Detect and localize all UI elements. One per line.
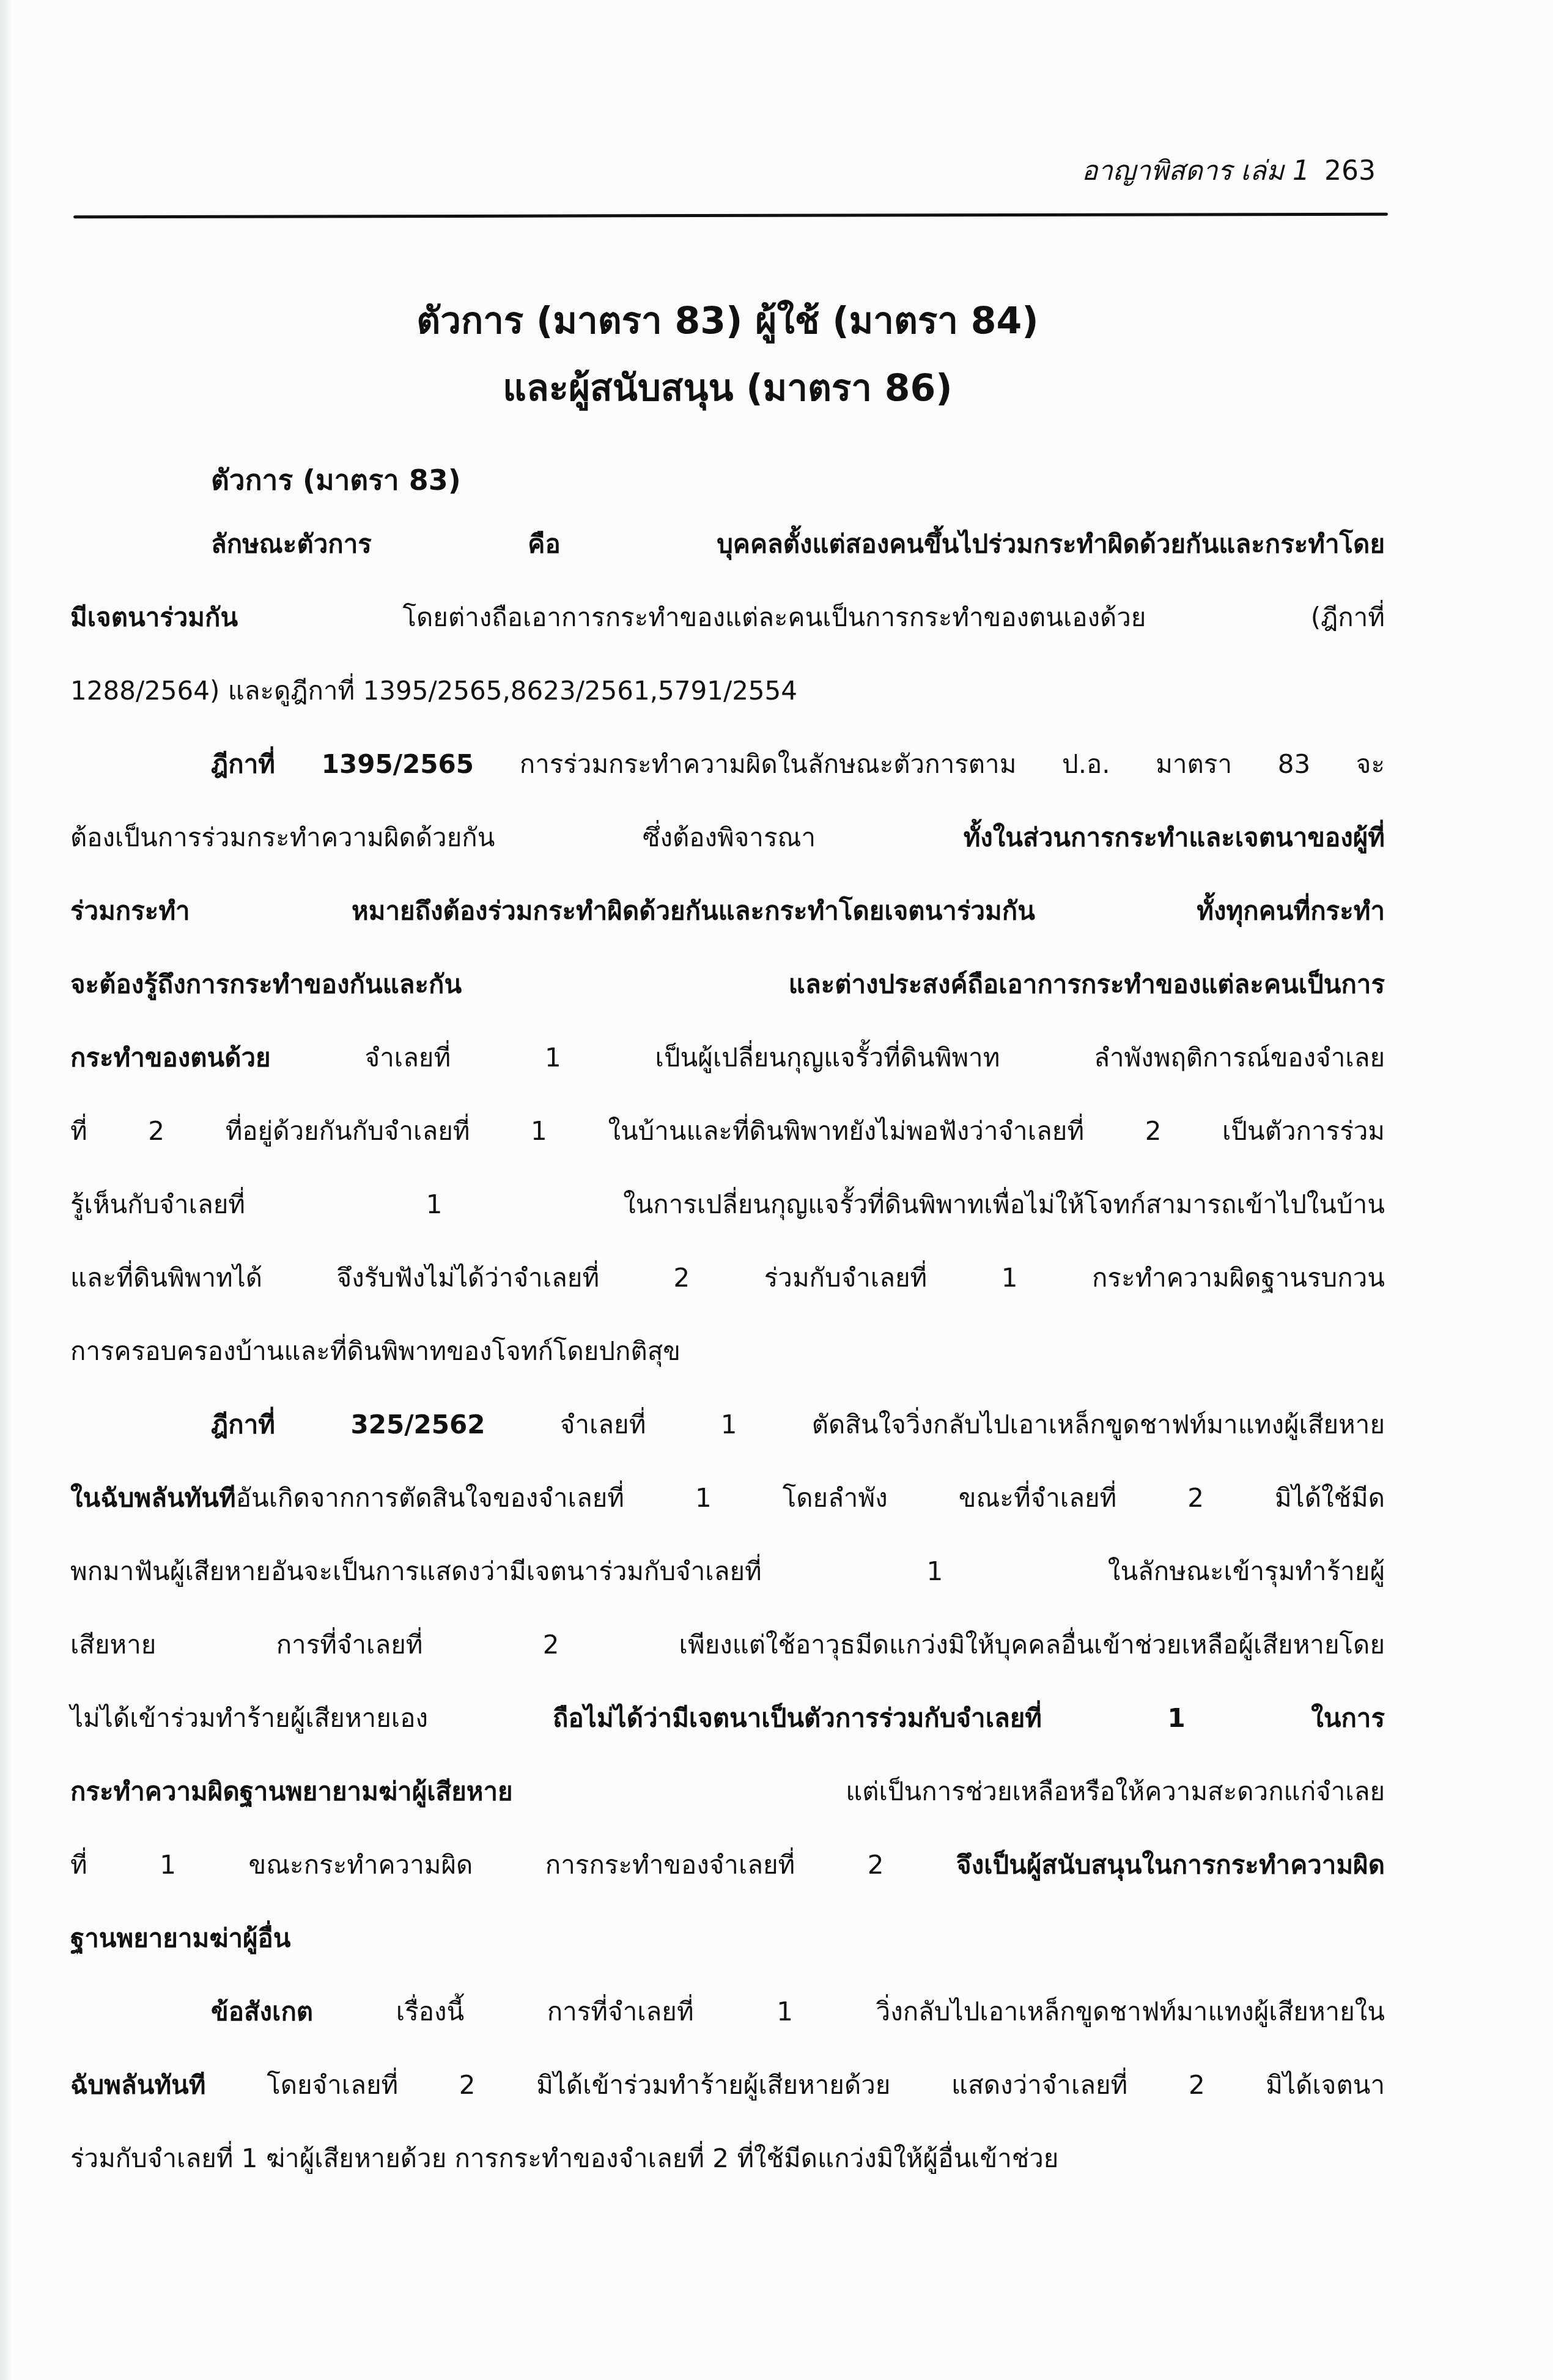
text-line: เสียหาย การที่จำเลยที่ 2 เพียงแต่ใช้อาวุ… (70, 1608, 1385, 1682)
text: เรื่องนี้ การที่จำเลยที่ 1 วิ่งกลับไปเอา… (313, 1997, 1385, 2027)
bold-text: คือ บุคคลตั้งแต่สองคนขึ้นไปร่วมกระทำผิดด… (372, 529, 1385, 559)
text-line: การครอบครองบ้านและที่ดินพิพาทของโจทก์โดย… (70, 1315, 1385, 1388)
paragraph-definition: ลักษณะตัวการ คือ บุคคลตั้งแต่สองคนขึ้นไป… (70, 508, 1385, 728)
text: 1288/2564) และดูฎีกาที่ 1395/2565,8623/2… (70, 676, 797, 706)
bold-text: ฎีกาที่ 325/2562 (211, 1410, 485, 1439)
text: ไม่ได้เข้าร่วมทำร้ายผู้เสียหายเอง (70, 1703, 553, 1733)
text-line: ที่ 1 ขณะกระทำความผิด การกระทำของจำเลยที… (70, 1828, 1385, 1902)
text-line: จะต้องรู้ถึงการกระทำของกันและกัน และต่าง… (70, 948, 1385, 1021)
text: โดยจำเลยที่ 2 มิได้เข้าร่วมทำร้ายผู้เสีย… (205, 2070, 1385, 2100)
text-line: ฎีกาที่ 325/2562 จำเลยที่ 1 ตัดสินใจวิ่ง… (70, 1388, 1385, 1462)
bold-text: กระทำของตนด้วย (70, 1043, 271, 1073)
text: พกมาฟันผู้เสียหายอันจะเป็นการแสดงว่ามีเจ… (70, 1556, 1385, 1586)
text-line: ที่ 2 ที่อยู่ด้วยกันกับจำเลยที่ 1 ในบ้าน… (70, 1095, 1385, 1168)
bold-text: ในฉับพลันทันที (70, 1483, 236, 1513)
page-body: ตัวการ (มาตรา 83) ผู้ใช้ (มาตรา 84) และผ… (70, 287, 1385, 2195)
text-line: ในฉับพลันทันทีอันเกิดจากการตัดสินใจของจำ… (70, 1462, 1385, 1535)
text-line: ต้องเป็นการร่วมกระทำความผิดด้วยกัน ซึ่งต… (70, 801, 1385, 874)
text-line: ไม่ได้เข้าร่วมทำร้ายผู้เสียหายเอง ถือไม่… (70, 1682, 1385, 1755)
text-line: และที่ดินพิพาทได้ จึงรับฟังไม่ได้ว่าจำเล… (70, 1241, 1385, 1315)
paragraph-case-1395-2565: ฎีกาที่ 1395/2565 การร่วมกระทำความผิดในล… (70, 728, 1385, 1388)
bold-text: จะต้องรู้ถึงการกระทำของกันและกัน และต่าง… (70, 969, 1385, 999)
text: โดยต่างถือเอาการกระทำของแต่ละคนเป็นการกร… (238, 602, 1385, 632)
bold-text: ข้อสังเกต (211, 1997, 313, 2027)
paragraph-case-325-2562: ฎีกาที่ 325/2562 จำเลยที่ 1 ตัดสินใจวิ่ง… (70, 1388, 1385, 1975)
text-line: มีเจตนาร่วมกัน โดยต่างถือเอาการกระทำของแ… (70, 581, 1385, 654)
bold-text: ฉับพลันทันที (70, 2070, 205, 2100)
text-line: ฎีกาที่ 1395/2565 การร่วมกระทำความผิดในล… (70, 728, 1385, 801)
bold-text: ถือไม่ได้ว่ามีเจตนาเป็นตัวการร่วมกับจำเล… (553, 1703, 1385, 1733)
header-rule (73, 213, 1388, 219)
text: ที่ 2 ที่อยู่ด้วยกันกับจำเลยที่ 1 ในบ้าน… (70, 1116, 1385, 1146)
text-line: ร่วมกระทำ หมายถึงต้องร่วมกระทำผิดด้วยกัน… (70, 874, 1385, 948)
text-line: พกมาฟันผู้เสียหายอันจะเป็นการแสดงว่ามีเจ… (70, 1535, 1385, 1608)
bold-text: ทั้งในส่วนการกระทำและเจตนาของผู้ที่ (964, 822, 1385, 852)
running-header: อาญาพิสดาร เล่ม 1263 (73, 153, 1376, 190)
bold-text: จึงเป็นผู้สนับสนุนในการกระทำความผิด (956, 1850, 1385, 1880)
bold-text: ฐานพยายามฆ่าผู้อื่น (70, 1923, 291, 1953)
bold-text: ลักษณะตัวการ (211, 529, 372, 559)
bold-text: กระทำความผิดฐานพยายามฆ่าผู้เสียหาย (70, 1776, 513, 1806)
text-line: กระทำของตนด้วย จำเลยที่ 1 เป็นผู้เปลี่ยน… (70, 1021, 1385, 1095)
text-line: ร่วมกับจำเลยที่ 1 ฆ่าผู้เสียหายด้วย การก… (70, 2122, 1385, 2195)
text: ต้องเป็นการร่วมกระทำความผิดด้วยกัน ซึ่งต… (70, 822, 964, 852)
text-line: ฉับพลันทันที โดยจำเลยที่ 2 มิได้เข้าร่วม… (70, 2049, 1385, 2122)
text: ที่ 1 ขณะกระทำความผิด การกระทำของจำเลยที… (70, 1850, 956, 1880)
text: จำเลยที่ 1 เป็นผู้เปลี่ยนกุญแจรั้วที่ดิน… (271, 1043, 1385, 1073)
text: การร่วมกระทำความผิดในลักษณะตัวการตาม ป.อ… (474, 749, 1385, 779)
text-line: รู้เห็นกับจำเลยที่ 1 ในการเปลี่ยนกุญแจรั… (70, 1168, 1385, 1241)
text-line: ฐานพยายามฆ่าผู้อื่น (70, 1902, 1385, 1975)
paragraph-observation: ข้อสังเกต เรื่องนี้ การที่จำเลยที่ 1 วิ่… (70, 1975, 1385, 2195)
section-heading: ตัวการ (มาตรา 83) (211, 453, 1385, 508)
text-line: ลักษณะตัวการ คือ บุคคลตั้งแต่สองคนขึ้นไป… (70, 508, 1385, 581)
text: การครอบครองบ้านและที่ดินพิพาทของโจทก์โดย… (70, 1336, 681, 1366)
text: และที่ดินพิพาทได้ จึงรับฟังไม่ได้ว่าจำเล… (70, 1263, 1385, 1293)
chapter-title: ตัวการ (มาตรา 83) ผู้ใช้ (มาตรา 84) และผ… (70, 287, 1385, 422)
page-number: 263 (1324, 155, 1376, 187)
book-title: อาญาพิสดาร เล่ม 1 (1082, 155, 1310, 187)
text-line: 1288/2564) และดูฎีกาที่ 1395/2565,8623/2… (70, 654, 1385, 728)
bold-text: มีเจตนาร่วมกัน (70, 602, 238, 632)
text: อันเกิดจากการตัดสินใจของจำเลยที่ 1 โดยลำ… (236, 1483, 1385, 1513)
chapter-title-line-2: และผู้สนับสนุน (มาตรา 86) (70, 355, 1385, 422)
text: จำเลยที่ 1 ตัดสินใจวิ่งกลับไปเอาเหล็กขูด… (485, 1410, 1385, 1439)
text: แต่เป็นการช่วยเหลือหรือให้ความสะดวกแก่จำ… (513, 1776, 1385, 1806)
chapter-title-line-1: ตัวการ (มาตรา 83) ผู้ใช้ (มาตรา 84) (70, 287, 1385, 355)
text: รู้เห็นกับจำเลยที่ 1 ในการเปลี่ยนกุญแจรั… (70, 1189, 1385, 1219)
bold-text: ร่วมกระทำ หมายถึงต้องร่วมกระทำผิดด้วยกัน… (70, 896, 1385, 926)
scan-page-edge (0, 0, 11, 2380)
bold-text: ฎีกาที่ 1395/2565 (211, 749, 474, 779)
text-line: กระทำความผิดฐานพยายามฆ่าผู้เสียหาย แต่เป… (70, 1755, 1385, 1828)
text-line: ข้อสังเกต เรื่องนี้ การที่จำเลยที่ 1 วิ่… (70, 1975, 1385, 2049)
text: เสียหาย การที่จำเลยที่ 2 เพียงแต่ใช้อาวุ… (70, 1630, 1385, 1660)
paragraphs: ลักษณะตัวการ คือ บุคคลตั้งแต่สองคนขึ้นไป… (70, 508, 1385, 2195)
text: ร่วมกับจำเลยที่ 1 ฆ่าผู้เสียหายด้วย การก… (70, 2143, 1058, 2173)
